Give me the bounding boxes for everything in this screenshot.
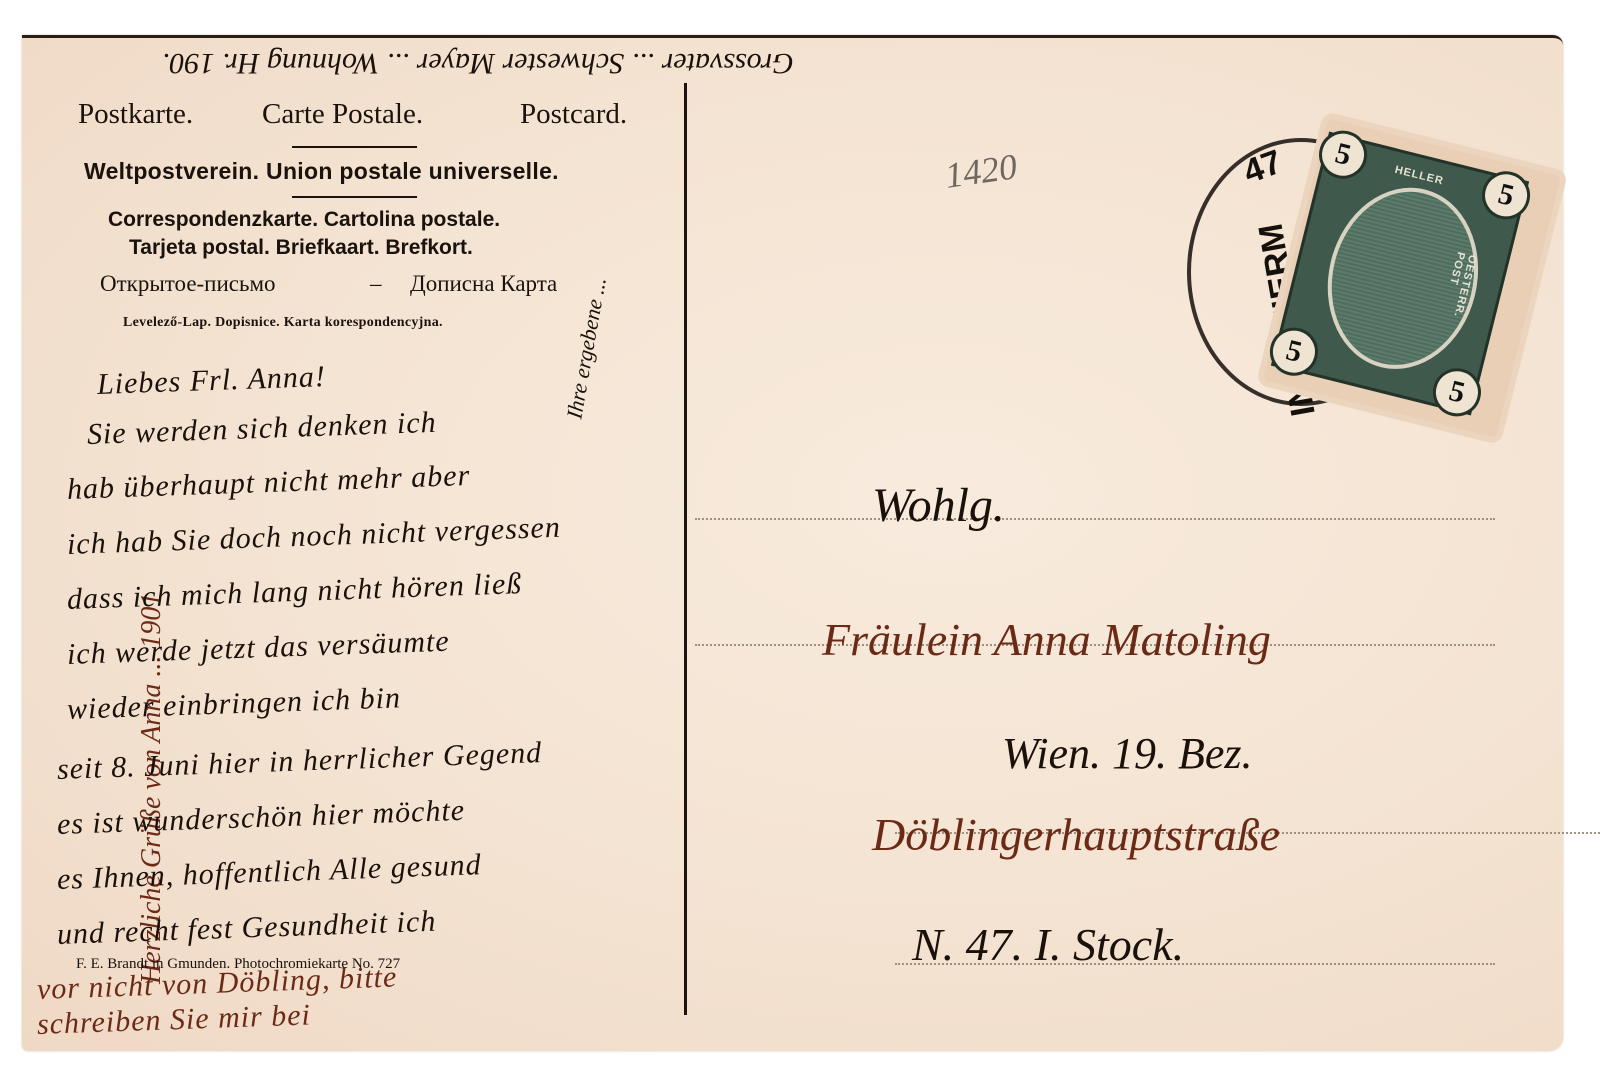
header-rule bbox=[292, 196, 417, 198]
message-salutation: Liebes Frl. Anna! bbox=[96, 360, 326, 402]
address-line bbox=[695, 518, 1495, 520]
message-line: ich werde jetzt das versäumte bbox=[66, 625, 450, 672]
message-line: und recht fest Gesundheit ich bbox=[56, 905, 436, 952]
header-russian: Открытое-письмо bbox=[100, 271, 276, 297]
handwriting-top-left: Grossvater ... Schwester Mayer ... Wohnu… bbox=[162, 46, 794, 80]
handwriting-divider-margin: Ihre ergebene ... bbox=[561, 101, 642, 421]
message-line: hab überhaupt nicht mehr aber bbox=[66, 459, 470, 507]
header-postcard: Postcard. bbox=[520, 98, 627, 131]
header-carte-postale: Carte Postale. bbox=[262, 98, 423, 131]
postcard: Postkarte. Carte Postale. Postcard. Welt… bbox=[22, 35, 1563, 1051]
stamp-currency: HELLER bbox=[1394, 164, 1445, 188]
address-city: Wien. 19. Bez. bbox=[1002, 728, 1253, 779]
message-line: es Ihnen, hoffentlich Alle gesund bbox=[56, 848, 482, 897]
header-levelezo: Levelező-Lap. Dopisnice. Karta korespond… bbox=[123, 315, 443, 331]
address-street: Döblingerhauptstraße bbox=[872, 808, 1280, 861]
vertical-divider bbox=[684, 83, 687, 1015]
message-line: es ist wunderschön hier möchte bbox=[56, 794, 465, 842]
message-line: wieder einbringen ich bin bbox=[66, 681, 401, 727]
header-ukrainian: Дописна Карта bbox=[410, 271, 557, 297]
message-line: seit 8. Juni hier in herrlicher Gegend bbox=[56, 736, 542, 787]
address-number: N. 47. I. Stock. bbox=[912, 918, 1184, 971]
message-line: dass ich mich lang nicht hören ließ bbox=[66, 567, 522, 617]
address-name: Fräulein Anna Matoling bbox=[822, 613, 1271, 666]
header-rule bbox=[292, 146, 417, 148]
pencil-note: 1420 bbox=[942, 145, 1019, 197]
publisher-imprint: F. E. Brandt in Gmunden. Photochromiekar… bbox=[76, 956, 400, 973]
address-salutation: Wohlg. bbox=[872, 478, 1005, 533]
header-dash: – bbox=[370, 271, 382, 297]
header-tarjeta: Tarjeta postal. Briefkaart. Brefkort. bbox=[129, 236, 473, 260]
postage-stamp: 5 5 5 5 HELLER OESTERR. POST bbox=[1277, 123, 1557, 443]
